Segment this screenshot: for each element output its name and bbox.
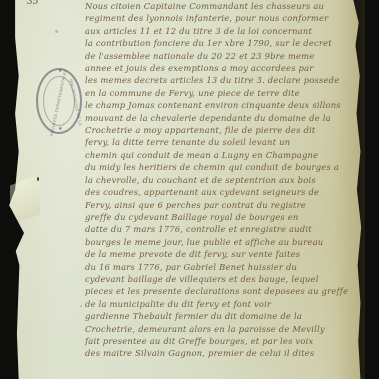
manuscript-line: greffe du cydevant Baillage royal de bou… bbox=[85, 211, 365, 223]
manuscript-line: des maitre Silvain Gagnon, premier de ce… bbox=[85, 347, 365, 359]
manuscript-line: les memes decrets articles 13 du titre 3… bbox=[85, 74, 365, 86]
manuscript-line: Crochetrie, demeurant alors en la parois… bbox=[85, 323, 365, 335]
manuscript-line: des coudres, appartenant aux cydevant se… bbox=[85, 186, 365, 198]
manuscript-line: datte du 7 mars 1776, controlle et enreg… bbox=[85, 223, 365, 235]
stamp-star-icon: ★ bbox=[58, 126, 62, 132]
ink-spot bbox=[80, 305, 82, 307]
archive-stamp: ARCHIVES DEPARTEMENTALES BIBLIOTHEQUE DE… bbox=[36, 68, 82, 134]
manuscript-line: du midy les heritiers de chemin qui cond… bbox=[85, 161, 365, 173]
manuscript-line: de la meme prevote de dit fervy, sur ven… bbox=[85, 248, 365, 260]
manuscript-line: le champ Jomas contenant environ cinquan… bbox=[85, 99, 365, 111]
manuscript-line: Fervy, ainsi que 6 perches par contrat d… bbox=[85, 199, 365, 211]
corner-page-mark: 35 bbox=[27, 0, 38, 7]
manuscript-line: cydevant baillage de villequiers et des … bbox=[85, 273, 365, 285]
manuscript-line: annee et jouis des exemptions a moy acco… bbox=[85, 62, 365, 74]
manuscript-line: fait presentee au dit Greffe bourges, et… bbox=[85, 335, 365, 347]
manuscript-line: gardienne Thebault fermier du dit domain… bbox=[85, 310, 365, 322]
manuscript-line: aux articles 11 et 12 du titre 3 de la l… bbox=[85, 25, 365, 37]
manuscript-line: mouvant de la chevalerie dependante du d… bbox=[85, 112, 365, 124]
manuscript-line: regiment des lyonnois infanterie, pour n… bbox=[85, 12, 365, 24]
manuscript-line: en la commune de Fervy, une piece de ter… bbox=[85, 87, 365, 99]
manuscript-line: la chevrolle, du couchant et de septentr… bbox=[85, 174, 365, 186]
manuscript-line: Nous citoien Capitaine Commandant les ch… bbox=[85, 0, 365, 12]
manuscript-line: fervy, la ditte terre tenante du soleil … bbox=[85, 136, 365, 148]
manuscript-line: Crochetrie a moy appartenant, file de pi… bbox=[85, 124, 365, 136]
manuscript-text: Nous citoien Capitaine Commandant les ch… bbox=[85, 0, 365, 360]
ink-spot bbox=[37, 177, 39, 181]
manuscript-line: chemin qui conduit de mean a Lugny en Ch… bbox=[85, 149, 365, 161]
manuscript-line: pieces et les presente declarations sont… bbox=[85, 285, 365, 297]
document-scan: 35 ARCHIVES DEPARTEMENTALES BIBLIOTHEQUE… bbox=[0, 0, 379, 379]
ink-spot bbox=[55, 30, 58, 33]
manuscript-line: bourges le meme jour, lue publie et affi… bbox=[85, 236, 365, 248]
stamp-star-icon: ★ bbox=[58, 68, 62, 74]
manuscript-line: la contribution fonciere du 1er xbre 179… bbox=[85, 37, 365, 49]
manuscript-line: de la municipalite du dit fervy et font … bbox=[85, 298, 365, 310]
manuscript-line: du 16 mars 1776, par Gabriel Benet huiss… bbox=[85, 261, 365, 273]
manuscript-line: de l'assemblee nationale du 20 22 et 23 … bbox=[85, 50, 365, 62]
